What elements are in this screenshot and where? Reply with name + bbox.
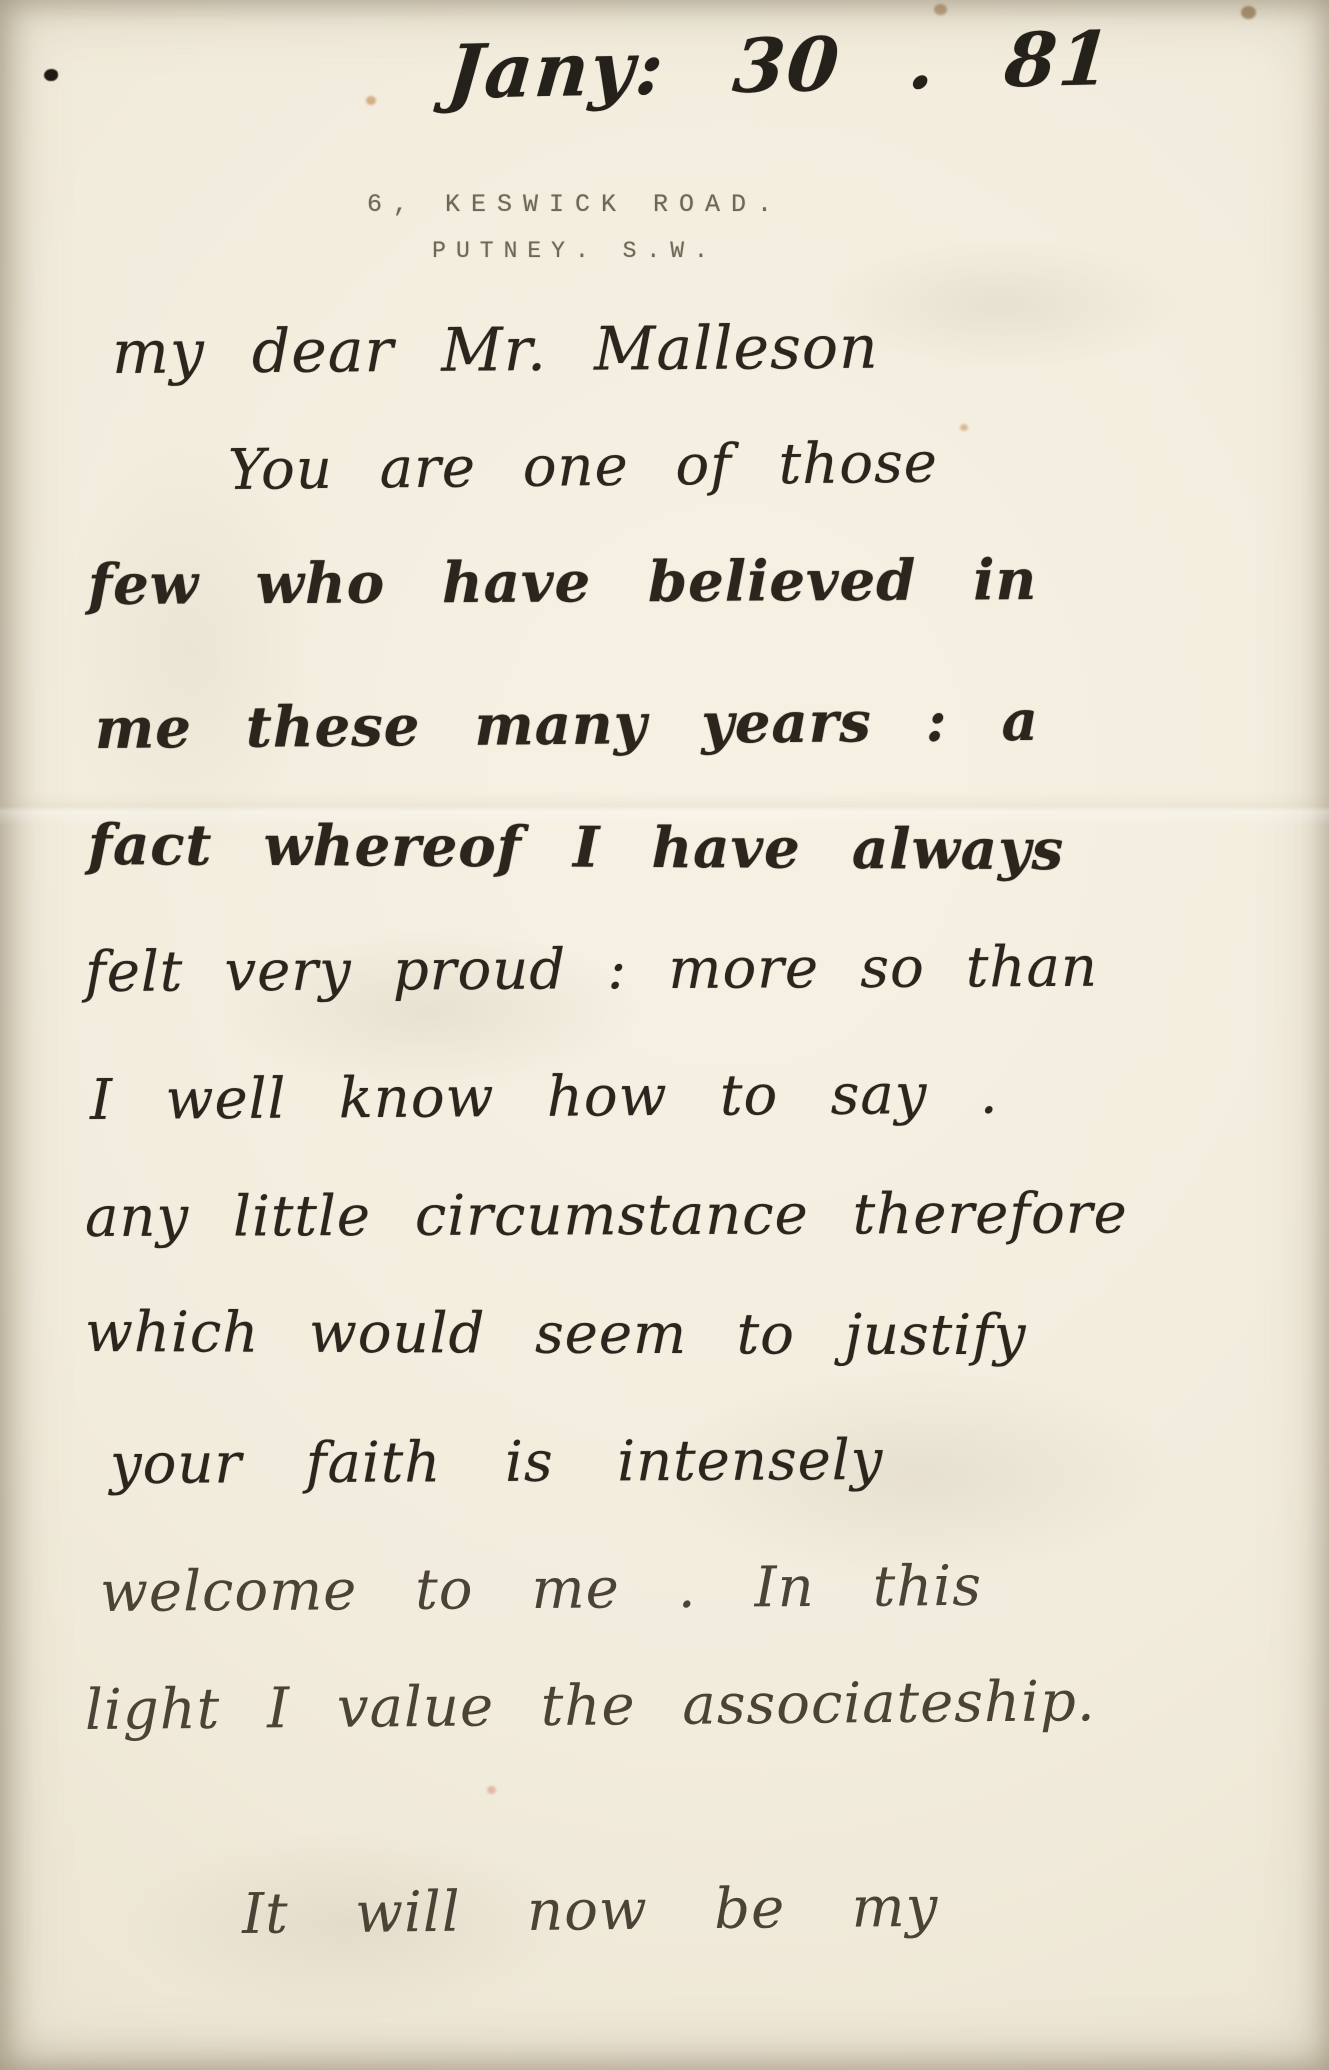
- handwritten-date: Jany: 30 . 81: [444, 16, 1115, 116]
- letterhead-city: PUTNEY. S.W.: [0, 238, 1150, 264]
- letter-line: few who have believed in: [88, 547, 1038, 618]
- ink-blot-mark: [44, 69, 58, 81]
- foxing-spot: [960, 424, 968, 431]
- paragraph-opening-line: It will now be my: [242, 1875, 939, 1947]
- letter-line: fact whereof I have always: [88, 812, 1064, 883]
- letter-line: felt very proud : more so than: [85, 935, 1098, 1005]
- foxing-spot: [1241, 6, 1256, 19]
- letter-line: I well know how to say .: [90, 1062, 999, 1133]
- letter-line: which would seem to justify: [85, 1300, 1027, 1368]
- letter-page: Jany: 30 . 81 6, KESWICK ROAD. PUTNEY. S…: [0, 0, 1329, 2070]
- letter-line: You are one of those: [228, 431, 939, 503]
- letter-line: any little circumstance therefore: [85, 1181, 1128, 1250]
- letterhead-address: 6, KESWICK ROAD.: [0, 190, 1150, 219]
- foxing-spot: [366, 96, 376, 105]
- show-through-smudge: [60, 440, 320, 860]
- letter-line: light I value the associateship.: [85, 1669, 1096, 1743]
- salutation: my dear Mr. Malleson: [112, 313, 879, 388]
- foxing-spot: [487, 1786, 496, 1794]
- foxing-spot: [934, 4, 947, 15]
- letter-line: me these many years : a: [95, 688, 1040, 762]
- letter-line: welcome to me . In this: [100, 1554, 982, 1625]
- letter-line: your faith is intensely: [110, 1428, 884, 1497]
